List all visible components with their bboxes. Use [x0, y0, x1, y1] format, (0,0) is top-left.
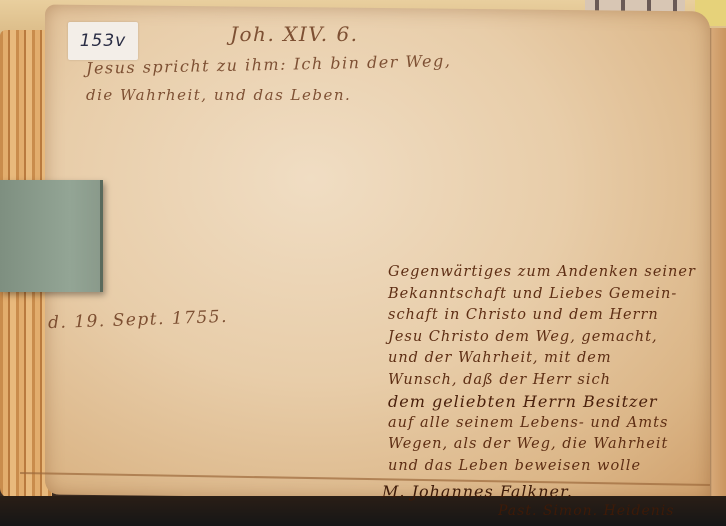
entry-line: Jesu Christo dem Weg, gemacht, — [388, 327, 708, 349]
folio-number-label: 153v — [68, 22, 138, 60]
entry-line: und der Wahrheit, mit dem — [388, 348, 708, 370]
entry-line: Wegen, als der Weg, die Wahrheit — [388, 434, 708, 456]
entry-line: auf alle seinem Lebens- und Amts — [388, 413, 708, 435]
dedication-entry: Gegenwärtiges zum Andenken seiner Bekann… — [388, 262, 708, 477]
entry-line: und das Leben beweisen wolle — [388, 456, 708, 478]
entry-line: dem geliebten Herrn Besitzer — [388, 391, 708, 413]
entry-line: Gegenwärtiges zum Andenken seiner — [388, 262, 708, 284]
verse-line-2: die Wahrheit, und das Leben. — [86, 86, 351, 104]
bible-reference-heading: Joh. XIV. 6. — [230, 22, 359, 46]
entry-line: Bekanntschaft und Liebes Gemein- — [388, 284, 708, 306]
signature-name: M. Johannes Falkner. — [382, 482, 573, 501]
entry-line: Wunsch, daß der Herr sich — [388, 370, 708, 392]
signature-title: Past. Simon. Heidenis — [498, 503, 674, 519]
entry-line: schaft in Christo und dem Herrn — [388, 305, 708, 327]
bookmark-strip — [0, 180, 103, 292]
